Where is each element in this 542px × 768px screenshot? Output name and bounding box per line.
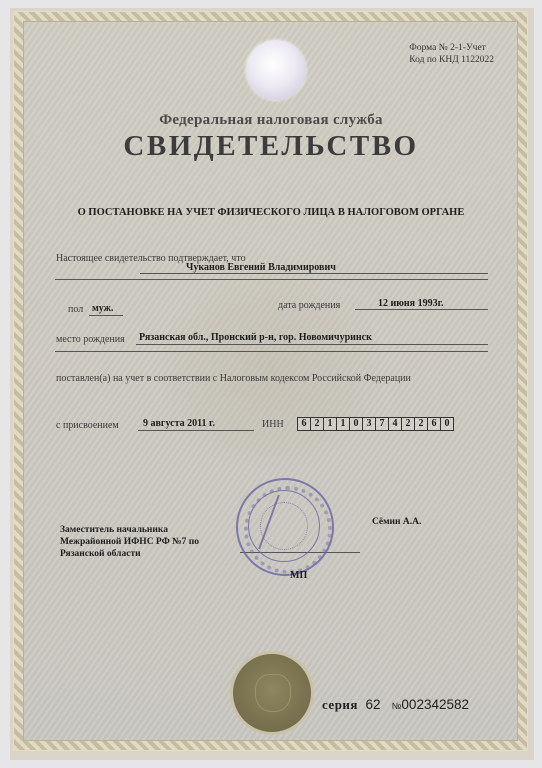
- full-name: Чуканов Евгений Владимирович: [186, 262, 336, 273]
- inn-digit: 0: [441, 418, 453, 430]
- knd-code: Код по КНД 1122022: [409, 54, 494, 66]
- series-number: серия 62 №002342582: [322, 697, 469, 713]
- document-subtitle: О ПОСТАНОВКЕ НА УЧЕТ ФИЗИЧЕСКОГО ЛИЦА В …: [0, 207, 542, 218]
- assigned-date-underline: [138, 430, 254, 431]
- inn-digit-boxes: 621103742260: [297, 417, 454, 431]
- background-emblem: [160, 270, 380, 470]
- name-underline-2: [55, 279, 488, 280]
- inn-digit: 1: [337, 418, 350, 430]
- inn-digit: 3: [363, 418, 376, 430]
- signer-position-line3: Рязанской области: [60, 548, 199, 560]
- sex-label: пол: [68, 304, 83, 315]
- inn-digit: 1: [324, 418, 337, 430]
- inn-digit: 2: [415, 418, 428, 430]
- inn-digit: 6: [298, 418, 311, 430]
- inn-digit: 4: [389, 418, 402, 430]
- stamp-place-label: МП: [290, 570, 307, 581]
- assigned-label: с присвоением: [56, 420, 119, 431]
- registered-text: поставлен(а) на учет в соответствии с На…: [56, 373, 411, 384]
- number-value: 002342582: [401, 697, 469, 712]
- birth-place-underline-2: [55, 351, 488, 352]
- form-number: Форма № 2-1-Учет: [409, 42, 494, 54]
- birth-place-underline-1: [136, 344, 488, 345]
- inn-digit: 6: [428, 418, 441, 430]
- series-label: серия: [322, 697, 358, 712]
- inn-digit: 2: [311, 418, 324, 430]
- form-code: Форма № 2-1-Учет Код по КНД 1122022: [409, 42, 494, 66]
- series-value: 62: [365, 697, 380, 712]
- birth-place-label: место рождения: [56, 334, 125, 345]
- inn-label: ИНН: [262, 419, 284, 430]
- birth-place-value: Рязанская обл., Пронский р-н, гор. Новом…: [139, 332, 372, 343]
- signer-position: Заместитель начальника Межрайонной ИФНС …: [60, 524, 199, 560]
- inn-digit: 2: [402, 418, 415, 430]
- sex-value: муж.: [92, 303, 113, 314]
- signer-position-line1: Заместитель начальника: [60, 524, 199, 536]
- hologram-seal: [246, 40, 306, 100]
- signer-position-line2: Межрайонной ИФНС РФ №7 по: [60, 536, 199, 548]
- birth-date-underline: [355, 309, 488, 310]
- name-underline-1: [140, 273, 488, 274]
- birth-date-value: 12 июня 1993г.: [378, 298, 444, 309]
- inn-digit: 0: [350, 418, 363, 430]
- double-headed-eagle-icon: [255, 674, 291, 712]
- inn-digit: 7: [376, 418, 389, 430]
- document-title: СВИДЕТЕЛЬСТВО: [0, 130, 542, 163]
- birth-date-label: дата рождения: [278, 300, 340, 311]
- agency-name: Федеральная налоговая служба: [0, 112, 542, 129]
- sex-underline: [89, 315, 123, 316]
- signer-name: Сёмин А.А.: [372, 517, 421, 527]
- assigned-date: 9 августа 2011 г.: [143, 418, 215, 429]
- number-sign: №: [392, 701, 402, 711]
- embossed-emblem-seal: [233, 654, 311, 732]
